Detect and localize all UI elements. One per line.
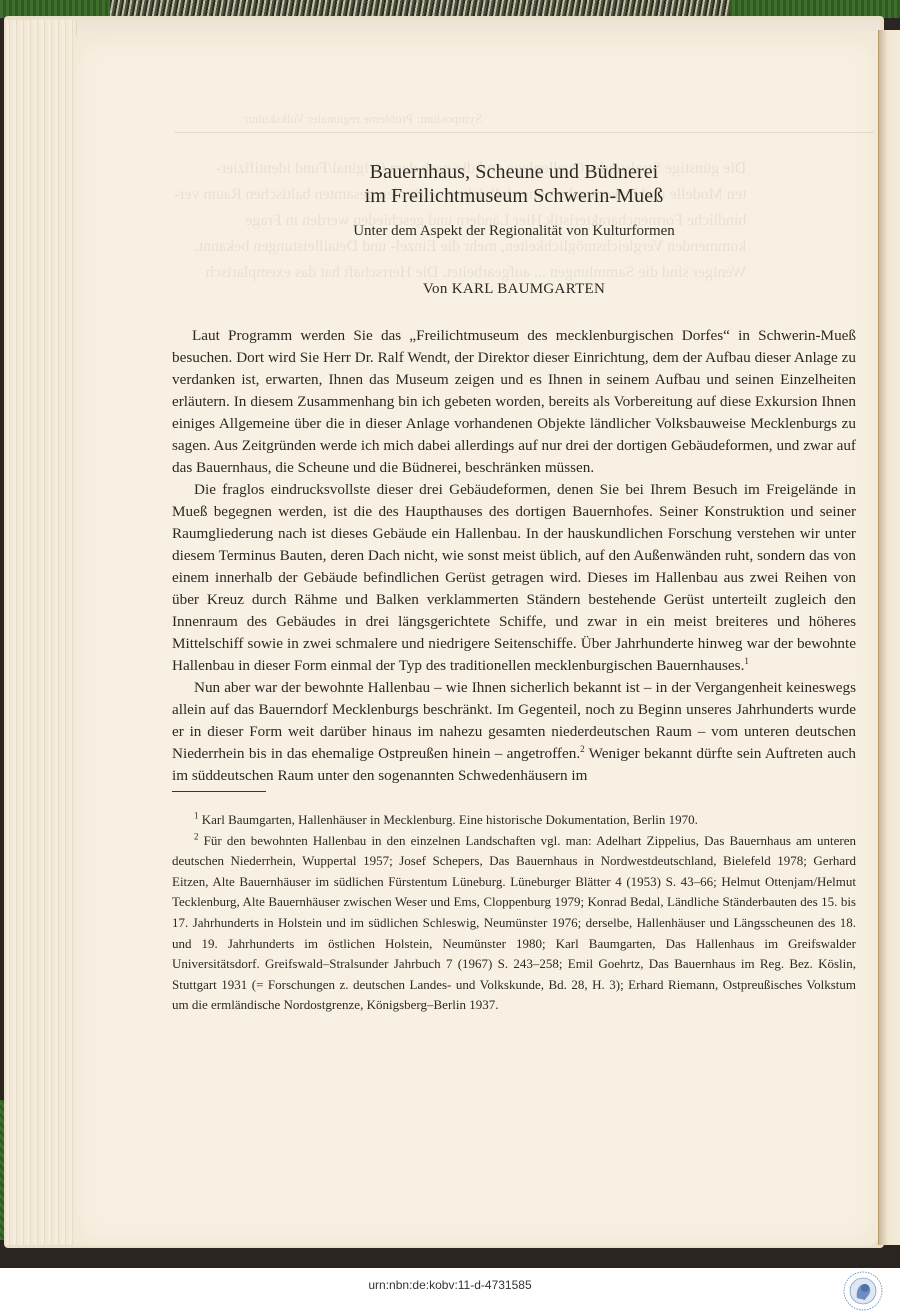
page-edges-left xyxy=(6,20,77,1245)
footnote-text: Für den bewohnten Hallenbau in den einze… xyxy=(172,833,856,1013)
paragraph: Laut Programm werden Sie das „Freilichtm… xyxy=(172,325,856,479)
book-scan: Symposium: Probleme regionaler Volkskult… xyxy=(0,0,900,1268)
article-author: Von KARL BAUMGARTEN xyxy=(172,279,856,299)
paragraph-text: Die fraglos eindrucksvollste dieser drei… xyxy=(172,481,856,674)
footnotes: 1 Karl Baumgarten, Hallenhäuser in Meckl… xyxy=(172,810,856,1016)
viewer-footer: urn:nbn:de:kobv:11-d-4731585 xyxy=(0,1268,900,1315)
paragraph-text: Laut Programm werden Sie das „Freilichtm… xyxy=(172,327,856,476)
footnote: 1 Karl Baumgarten, Hallenhäuser in Meckl… xyxy=(172,810,856,831)
headband xyxy=(110,0,730,16)
footnote-separator xyxy=(172,791,266,792)
article-body: Laut Programm werden Sie das „Freilichtm… xyxy=(172,325,856,787)
urn-identifier: urn:nbn:de:kobv:11-d-4731585 xyxy=(0,1278,900,1292)
paragraph: Nun aber war der bewohnte Hallenbau – wi… xyxy=(172,677,856,787)
scan-bottom-background xyxy=(0,1248,900,1268)
facing-page-edge xyxy=(878,30,900,1245)
bleed-through-rule xyxy=(174,132,874,133)
bleed-through-header: Symposium: Probleme regionaler Volkskult… xyxy=(244,106,482,132)
paragraph: Die fraglos eindrucksvollste dieser drei… xyxy=(172,479,856,677)
article-title: Bauernhaus, Scheune und Büdnerei im Frei… xyxy=(172,160,856,208)
title-line-1: Bauernhaus, Scheune und Büdnerei xyxy=(370,161,659,183)
footnote-ref-1[interactable]: 1 xyxy=(744,656,749,666)
university-seal-icon xyxy=(842,1270,884,1312)
title-line-2: im Freilichtmuseum Schwerin-Mueß xyxy=(365,185,664,207)
footnote: 2 Für den bewohnten Hallenbau in den ein… xyxy=(172,831,856,1016)
article: Bauernhaus, Scheune und Büdnerei im Frei… xyxy=(172,160,856,1016)
footnote-text: Karl Baumgarten, Hallenhäuser in Mecklen… xyxy=(199,812,698,827)
page-edges-top xyxy=(30,18,880,38)
article-subtitle: Unter dem Aspekt der Regionalität von Ku… xyxy=(172,221,856,241)
